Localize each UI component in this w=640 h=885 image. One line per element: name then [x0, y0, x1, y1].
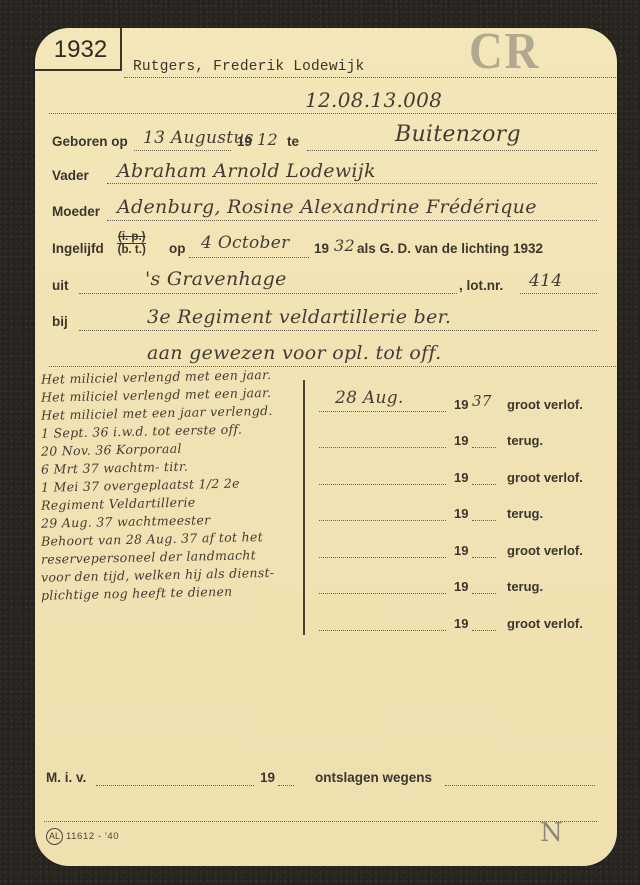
enlisted-date: 4 October: [201, 233, 290, 253]
reference-line: [49, 113, 617, 114]
mother-label: Moeder: [52, 204, 100, 219]
unit-line-1: [79, 330, 597, 331]
leave-label: terug.: [507, 579, 543, 594]
footer-line: [44, 821, 597, 822]
from-place: 's Gravenhage: [145, 268, 287, 290]
miv-label: M. i. v.: [46, 770, 86, 785]
leave-year-prefix: 19: [454, 397, 468, 412]
reference-number: 12.08.13.008: [305, 88, 442, 112]
miv-year-line: [278, 785, 294, 786]
registration-card: 1932 Rutgers, Frederik Lodewijk CR 12.08…: [35, 28, 617, 866]
leave-year-prefix: 19: [454, 543, 468, 558]
enlisted-label: Ingelijfd: [52, 241, 104, 256]
pencil-mark: N: [540, 818, 563, 848]
leave-label: groot verlof.: [507, 470, 583, 485]
unit-label: bij: [52, 314, 68, 329]
year-label: 1932: [54, 36, 107, 64]
from-line: [79, 293, 457, 294]
enlisted-fraction: (i. p.) (b. t.): [117, 231, 146, 257]
leave-year-prefix: 19: [454, 616, 468, 631]
fraction-bottom: (b. t.): [117, 244, 146, 257]
leave-date-line: [319, 411, 446, 412]
father-name: Abraham Arnold Lodewijk: [117, 160, 376, 182]
mother-name: Adenburg, Rosine Alexandrine Frédérique: [117, 196, 537, 218]
born-place: Buitenzorg: [395, 122, 521, 147]
unit-line1: 3e Regiment veldartillerie ber.: [147, 306, 451, 328]
enlisted-year: 32: [334, 236, 355, 255]
fraction-top: (i. p.): [117, 231, 146, 244]
born-date-line: [134, 150, 231, 151]
born-year-prefix: 19: [237, 134, 252, 149]
op-label: op: [169, 241, 186, 256]
father-line: [107, 183, 597, 184]
mother-line: [107, 220, 597, 221]
te-label: te: [287, 134, 299, 149]
service-notes: Het miliciel verlengd met een jaar. Het …: [41, 368, 303, 602]
leave-year-line: [472, 484, 496, 485]
leave-date: 28 Aug.: [335, 388, 404, 408]
leave-year: 37: [472, 392, 492, 410]
leave-year-line: [472, 630, 496, 631]
leave-date-line: [319, 520, 446, 521]
lot-number: 414: [529, 271, 562, 291]
lot-line: [520, 293, 597, 294]
leave-label: groot verlof.: [507, 397, 583, 412]
discharged-reason-line: [445, 785, 595, 786]
printer-logo-icon: AL: [46, 828, 63, 845]
enlisted-year-prefix: 19: [314, 241, 329, 256]
typed-name: Rutgers, Frederik Lodewijk: [133, 59, 364, 75]
leave-label: terug.: [507, 433, 543, 448]
leave-year-line: [472, 447, 496, 448]
leave-date-line: [319, 447, 446, 448]
leave-year-prefix: 19: [454, 579, 468, 594]
leave-date-line: [319, 630, 446, 631]
leave-label: groot verlof.: [507, 543, 583, 558]
from-label: uit: [52, 278, 69, 293]
born-label: Geboren op: [52, 134, 128, 149]
miv-year-prefix: 19: [260, 770, 275, 785]
miv-date-line: [96, 785, 254, 786]
leave-label: terug.: [507, 506, 543, 521]
print-code: 11612 - '40: [66, 831, 119, 842]
unit-line2: aan gewezen voor opl. tot off.: [147, 342, 441, 364]
leave-year-prefix: 19: [454, 470, 468, 485]
year-box: 1932: [35, 28, 122, 71]
leave-year-line: [472, 593, 496, 594]
enlisted-suffix: als G. D. van de lichting 1932: [357, 241, 543, 256]
leave-year-prefix: 19: [454, 506, 468, 521]
leave-year-line: [472, 520, 496, 521]
born-place-line: [307, 150, 597, 151]
born-year: 12: [257, 130, 278, 149]
leave-date-line: [319, 557, 446, 558]
leave-year-prefix: 19: [454, 433, 468, 448]
discharged-label: ontslagen wegens: [315, 770, 432, 785]
father-label: Vader: [52, 168, 89, 183]
cr-stamp: CR: [469, 28, 540, 81]
leave-label: groot verlof.: [507, 616, 583, 631]
enlisted-date-line: [189, 257, 309, 258]
unit-line-2: [49, 366, 617, 367]
lot-label: , lot.nr.: [459, 278, 503, 293]
leave-year-line: [472, 557, 496, 558]
leave-date-line: [319, 484, 446, 485]
column-divider: [303, 380, 305, 635]
name-line: [124, 77, 617, 78]
leave-date-line: [319, 593, 446, 594]
